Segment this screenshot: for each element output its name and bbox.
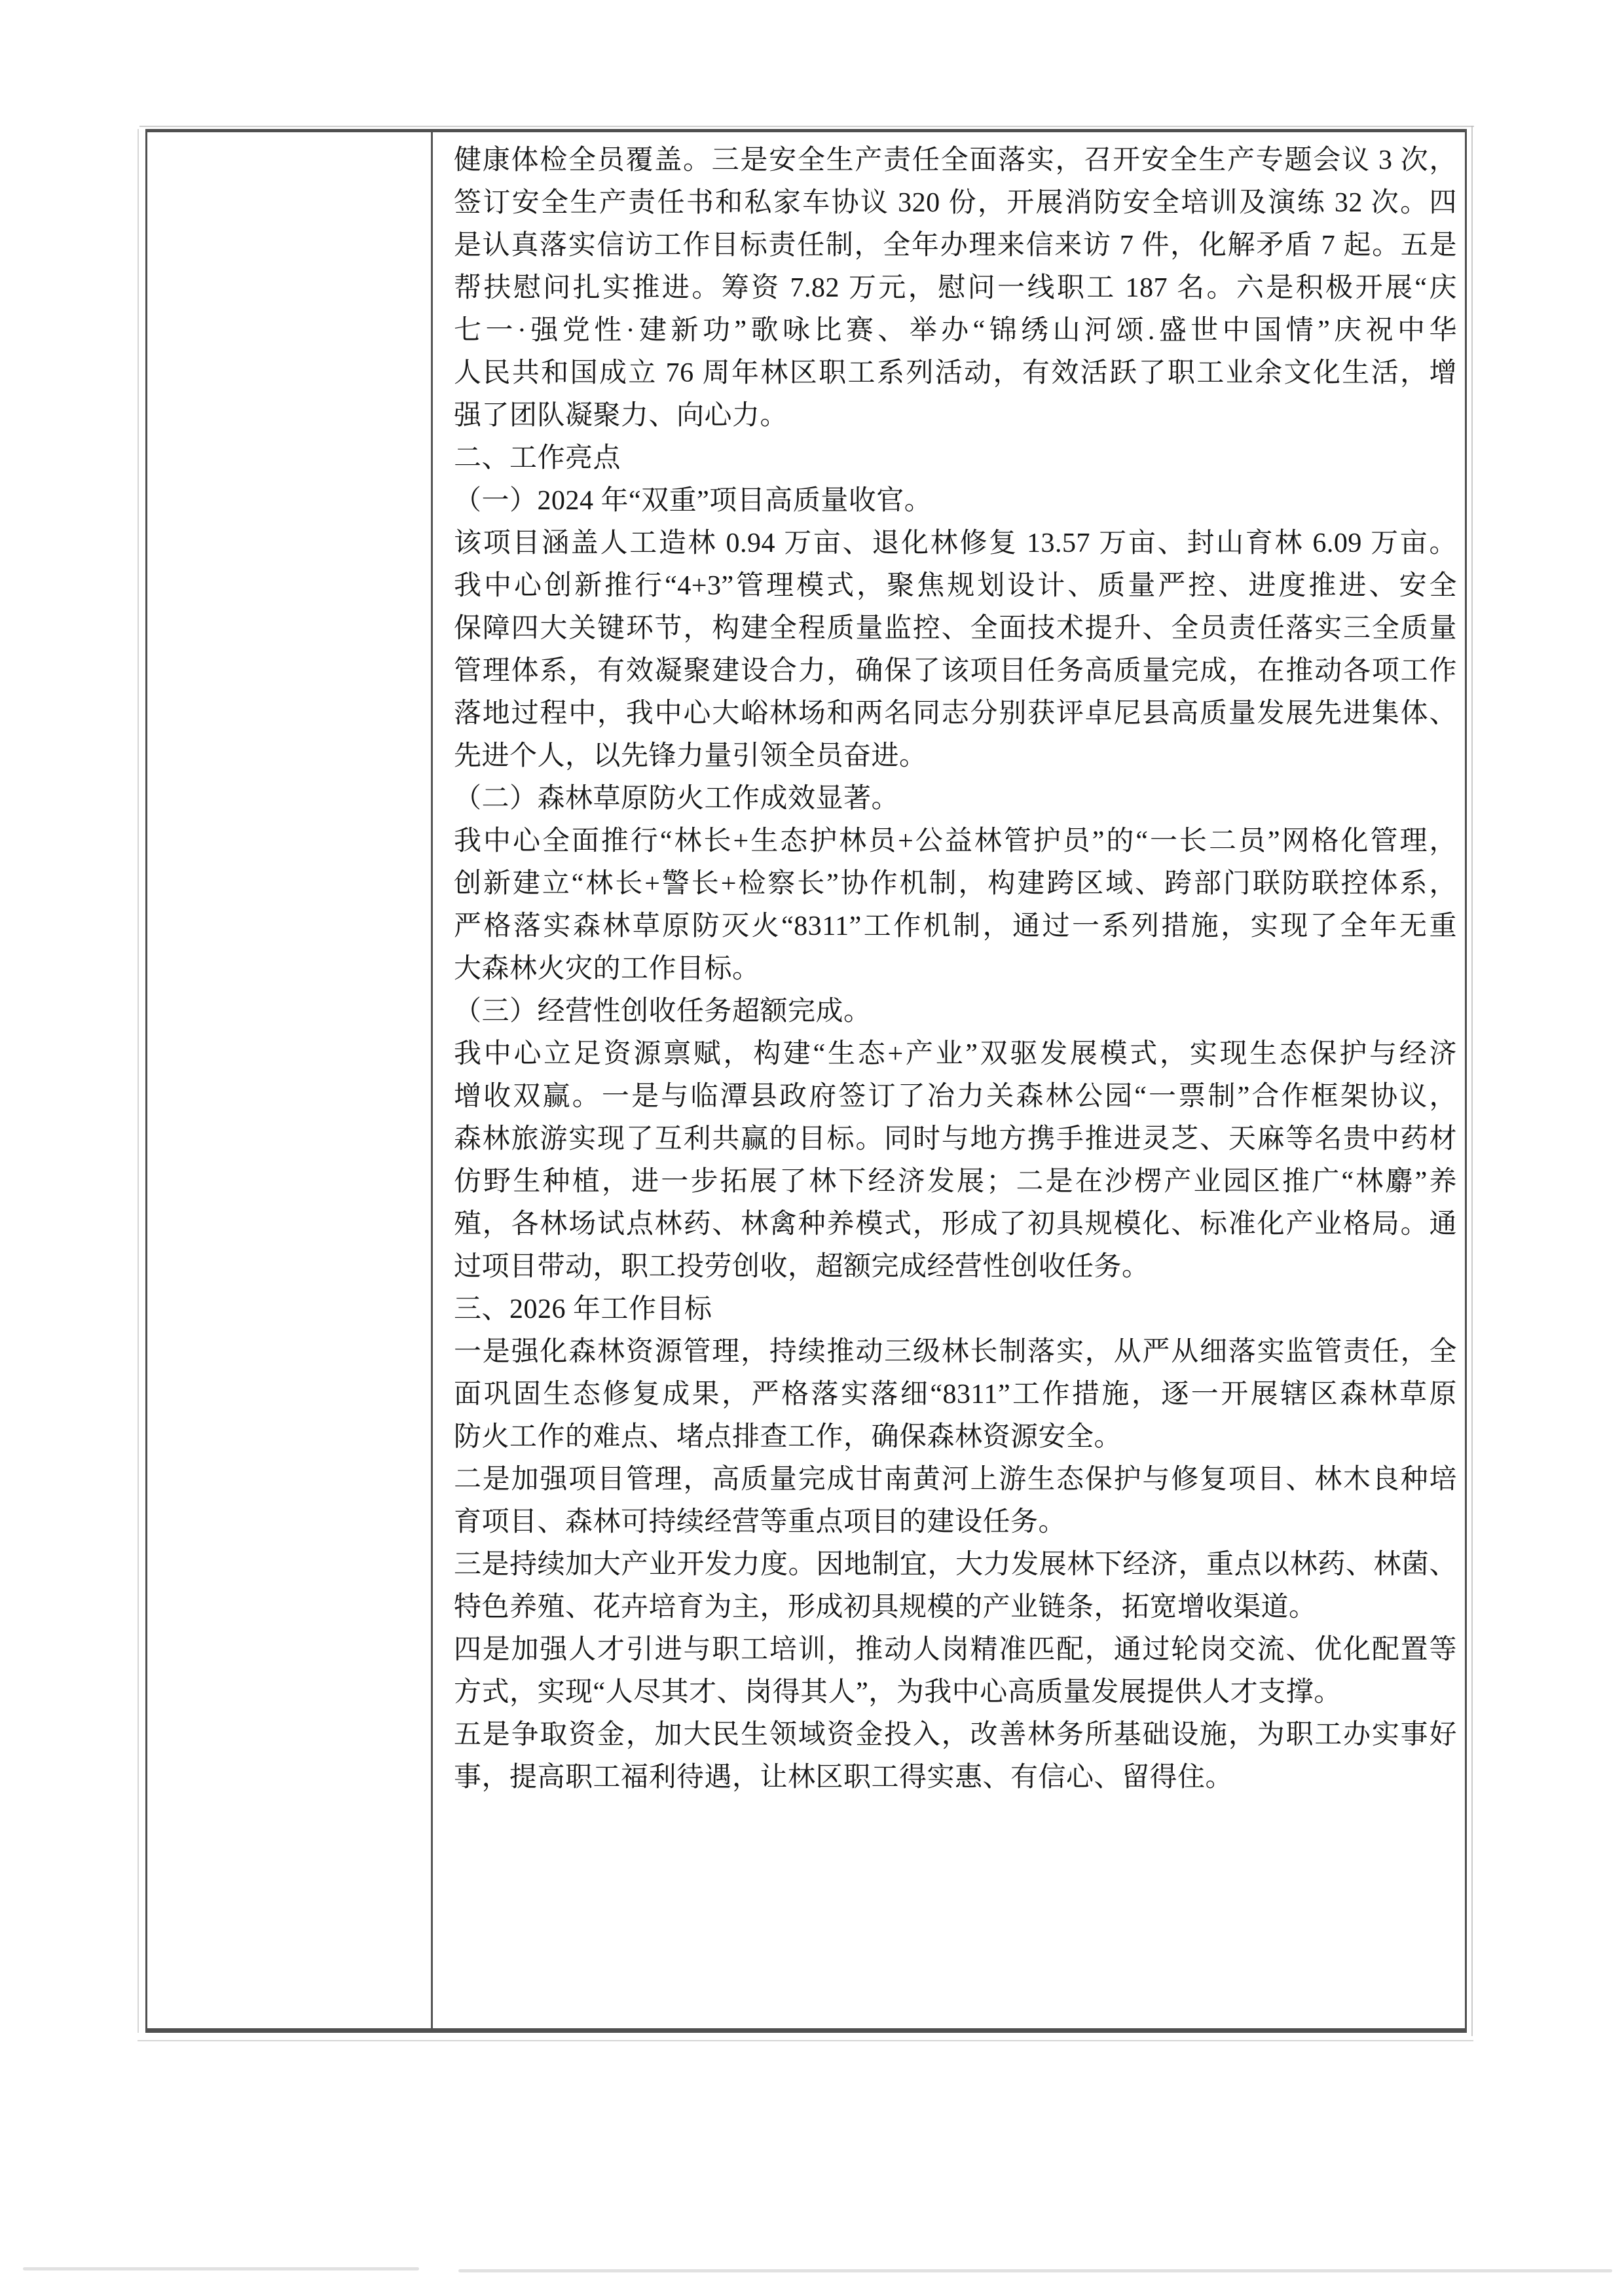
table-label-column-empty (147, 132, 433, 2028)
scan-artifact-line (23, 2267, 419, 2270)
text-line: （一）2024 年“双重”项目高质量收官。 (454, 480, 1457, 522)
scan-artifact-line (458, 2269, 1612, 2272)
report-text: 健康体检全员覆盖。三是安全生产责任全面落实，召开安全生产专题会议 3 次，签订安… (454, 139, 1457, 1799)
text-line: 增收双赢。一是与临潭县政府签订了冶力关森林公园“一票制”合作框架协议， (454, 1076, 1457, 1118)
text-line: 二、工作亮点 (454, 437, 1457, 480)
text-line: 森林旅游实现了互利共赢的目标。同时与地方携手推进灵芝、天麻等名贵中药材 (454, 1118, 1457, 1161)
text-line: 强了团队凝聚力、向心力。 (454, 395, 1457, 437)
text-line: 特色养殖、花卉培育为主，形成初具规模的产业链条，拓宽增收渠道。 (454, 1586, 1457, 1629)
report-table: 健康体检全员覆盖。三是安全生产责任全面落实，召开安全生产专题会议 3 次，签订安… (145, 129, 1467, 2033)
text-line: 签订安全生产责任书和私家车协议 320 份，开展消防安全培训及演练 32 次。四 (454, 182, 1457, 225)
table-content-column: 健康体检全员覆盖。三是安全生产责任全面落实，召开安全生产专题会议 3 次，签订安… (433, 132, 1465, 2028)
text-line: 三是持续加大产业开发力度。因地制宜，大力发展林下经济，重点以林药、林菌、 (454, 1544, 1457, 1586)
text-line: 五是争取资金，加大民生领域资金投入，改善林务所基础设施，为职工办实事好 (454, 1714, 1457, 1757)
text-line: 过项目带动，职工投劳创收，超额完成经营性创收任务。 (454, 1246, 1457, 1288)
text-line: 我中心立足资源禀赋，构建“生态+产业”双驱发展模式，实现生态保护与经济 (454, 1033, 1457, 1076)
text-line: 创新建立“林长+警长+检察长”协作机制，构建跨区域、跨部门联防联控体系， (454, 863, 1457, 905)
text-line: 一是强化森林资源管理，持续推动三级林长制落实，从严从细落实监管责任，全 (454, 1331, 1457, 1374)
text-line: 先进个人，以先锋力量引领全员奋进。 (454, 735, 1457, 778)
text-line: 仿野生种植，进一步拓展了林下经济发展；二是在沙楞产业园区推广“林麝”养 (454, 1161, 1457, 1203)
scan-border-echo (138, 2040, 1473, 2041)
text-line: 我中心全面推行“林长+生态护林员+公益林管护员”的“一长二员”网格化管理， (454, 820, 1457, 863)
text-line: 四是加强人才引进与职工培训，推动人岗精准匹配，通过轮岗交流、优化配置等 (454, 1629, 1457, 1671)
text-line: 大森林火灾的工作目标。 (454, 948, 1457, 991)
scan-border-echo (138, 129, 139, 2033)
text-line: 管理体系，有效凝聚建设合力，确保了该项目任务高质量完成，在推动各项工作 (454, 650, 1457, 693)
text-line: （三）经营性创收任务超额完成。 (454, 991, 1457, 1033)
text-line: 二是加强项目管理，高质量完成甘南黄河上游生态保护与修复项目、林木良种培 (454, 1459, 1457, 1501)
text-line: 七一·强党性·建新功”歌咏比赛、举办“锦绣山河颂.盛世中国情”庆祝中华 (454, 310, 1457, 352)
text-line: 防火工作的难点、堵点排查工作，确保森林资源安全。 (454, 1416, 1457, 1459)
text-line: 事，提高职工福利待遇，让林区职工得实惠、有信心、留得住。 (454, 1757, 1457, 1799)
text-line: 该项目涵盖人工造林 0.94 万亩、退化林修复 13.57 万亩、封山育林 6.… (454, 522, 1457, 565)
text-line: 方式，实现“人尽其才、岗得其人”，为我中心高质量发展提供人才支撑。 (454, 1671, 1457, 1714)
text-line: 三、2026 年工作目标 (454, 1288, 1457, 1331)
text-line: 育项目、森林可持续经营等重点项目的建设任务。 (454, 1501, 1457, 1544)
text-line: 落地过程中，我中心大峪林场和两名同志分别获评卓尼县高质量发展先进集体、 (454, 693, 1457, 735)
text-line: 保障四大关键环节，构建全程质量监控、全面技术提升、全员责任落实三全质量 (454, 608, 1457, 650)
text-line: 面巩固生态修复成果，严格落实落细“8311”工作措施，逐一开展辖区森林草原 (454, 1374, 1457, 1416)
scanned-document-page: 健康体检全员覆盖。三是安全生产责任全面落实，召开安全生产专题会议 3 次，签订安… (0, 0, 1624, 2296)
text-line: 人民共和国成立 76 周年林区职工系列活动，有效活跃了职工业余文化生活，增 (454, 352, 1457, 395)
text-line: （二）森林草原防火工作成效显著。 (454, 778, 1457, 820)
text-line: 是认真落实信访工作目标责任制，全年办理来信来访 7 件，化解矛盾 7 起。五是 (454, 225, 1457, 267)
text-line: 严格落实森林草原防灭火“8311”工作机制，通过一系列措施，实现了全年无重 (454, 905, 1457, 948)
text-line: 帮扶慰问扎实推进。筹资 7.82 万元，慰问一线职工 187 名。六是积极开展“… (454, 267, 1457, 310)
text-line: 殖，各林场试点林药、林禽种养模式，形成了初具规模化、标准化产业格局。通 (454, 1203, 1457, 1246)
text-line: 健康体检全员覆盖。三是安全生产责任全面落实，召开安全生产专题会议 3 次， (454, 139, 1457, 182)
text-line: 我中心创新推行“4+3”管理模式，聚焦规划设计、质量严控、进度推进、安全 (454, 565, 1457, 608)
